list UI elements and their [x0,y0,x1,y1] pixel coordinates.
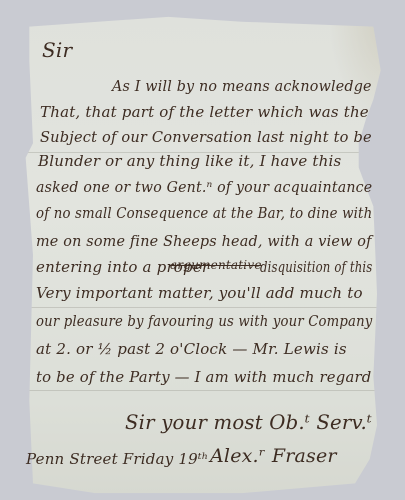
closing: Sir your most Ob.ᵗ Serv.ᵗ [125,410,372,434]
fold-line [22,307,388,308]
struck-word: argumentative [170,258,262,272]
fold-line [22,390,388,391]
letter-line-7: me on some fine Sheeps head, with a view… [36,232,372,250]
letter-line-8b: disquisition of this [260,258,372,276]
letter-line-3: Subject of our Conversation last night t… [40,128,372,146]
letter-line-6: of no small Consequence at the Bar, to d… [36,204,372,222]
letter-line-11: at 2. or ½ past 2 o'Clock — Mr. Lewis is [36,340,347,358]
letter-line-9: Very important matter, you'll add much t… [36,284,363,302]
letter-line-4: Blunder or any thing like it, I have thi… [38,152,341,170]
letter-line-5: asked one or two Gent.ⁿ of your acquaint… [36,178,372,196]
place-date: Penn Street Friday 19ᵗʰ [26,450,208,468]
letter-line-2: That, that part of the letter which was … [40,103,369,121]
signature: Alex.ʳ Fraser [210,445,337,467]
salutation: Sir [42,38,72,62]
letter-line-12: to be of the Party — I am with much rega… [36,368,371,386]
letter-line-1: As I will by no means acknowledge [112,77,372,95]
letter-line-10: our pleasure by favouring us with your C… [36,312,372,330]
